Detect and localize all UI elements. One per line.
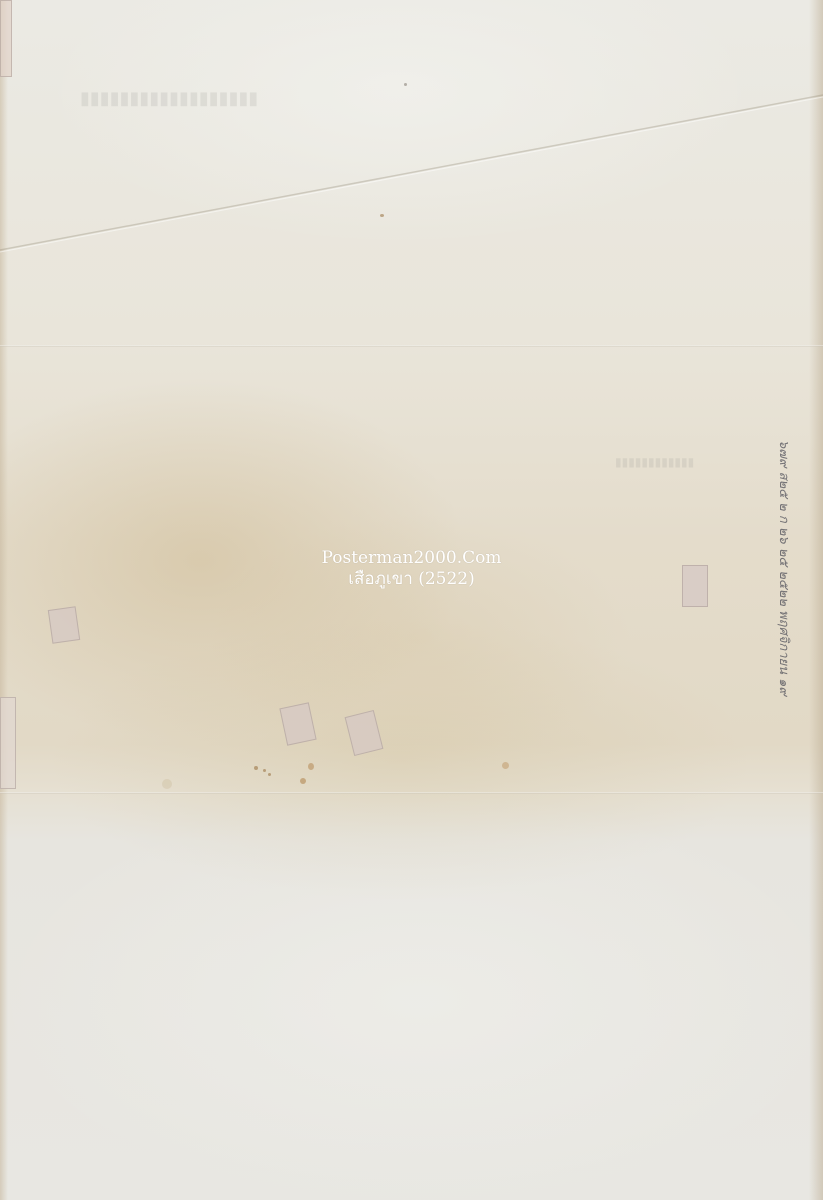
watermark: Posterman2000.Com เสือภูเขา (2522) — [0, 548, 823, 590]
poster-back-photo: ▮▮▮▮▮▮▮▮▮▮▮▮▮▮▮▮▮▮ ▮▮▮▮▮▮▮▮▮▮▮▮ Posterma… — [0, 0, 823, 1200]
tape-piece — [48, 606, 80, 644]
stain-spot — [308, 763, 314, 770]
stain-spot — [254, 766, 258, 770]
stain-spot — [404, 83, 407, 86]
handwritten-pencil-note: ๖๗๙ ส๒๕ ๒ ก ๒๖ ๒๕ ๒๕๒๒ พฤศจิกายน ๑๙ — [771, 440, 795, 720]
stain-spot — [263, 769, 266, 772]
stain-spot — [380, 214, 384, 217]
tape-piece — [345, 710, 384, 756]
horizontal-fold-lower — [0, 792, 823, 794]
stain-spot — [502, 762, 509, 769]
bleed-through-text-top: ▮▮▮▮▮▮▮▮▮▮▮▮▮▮▮▮▮▮ — [80, 88, 258, 109]
watermark-site: Posterman2000.Com — [0, 548, 823, 569]
horizontal-fold-upper — [0, 345, 823, 347]
watermark-title: เสือภูเขา (2522) — [0, 569, 823, 590]
bleed-through-text-right: ▮▮▮▮▮▮▮▮▮▮▮▮ — [615, 455, 694, 469]
diagonal-crease — [0, 0, 823, 300]
stain-spot — [268, 773, 271, 776]
stain-spot — [162, 779, 172, 789]
stain-spot — [300, 778, 306, 784]
tape-piece — [0, 0, 12, 77]
tape-piece — [279, 702, 316, 745]
tape-piece — [0, 697, 16, 789]
